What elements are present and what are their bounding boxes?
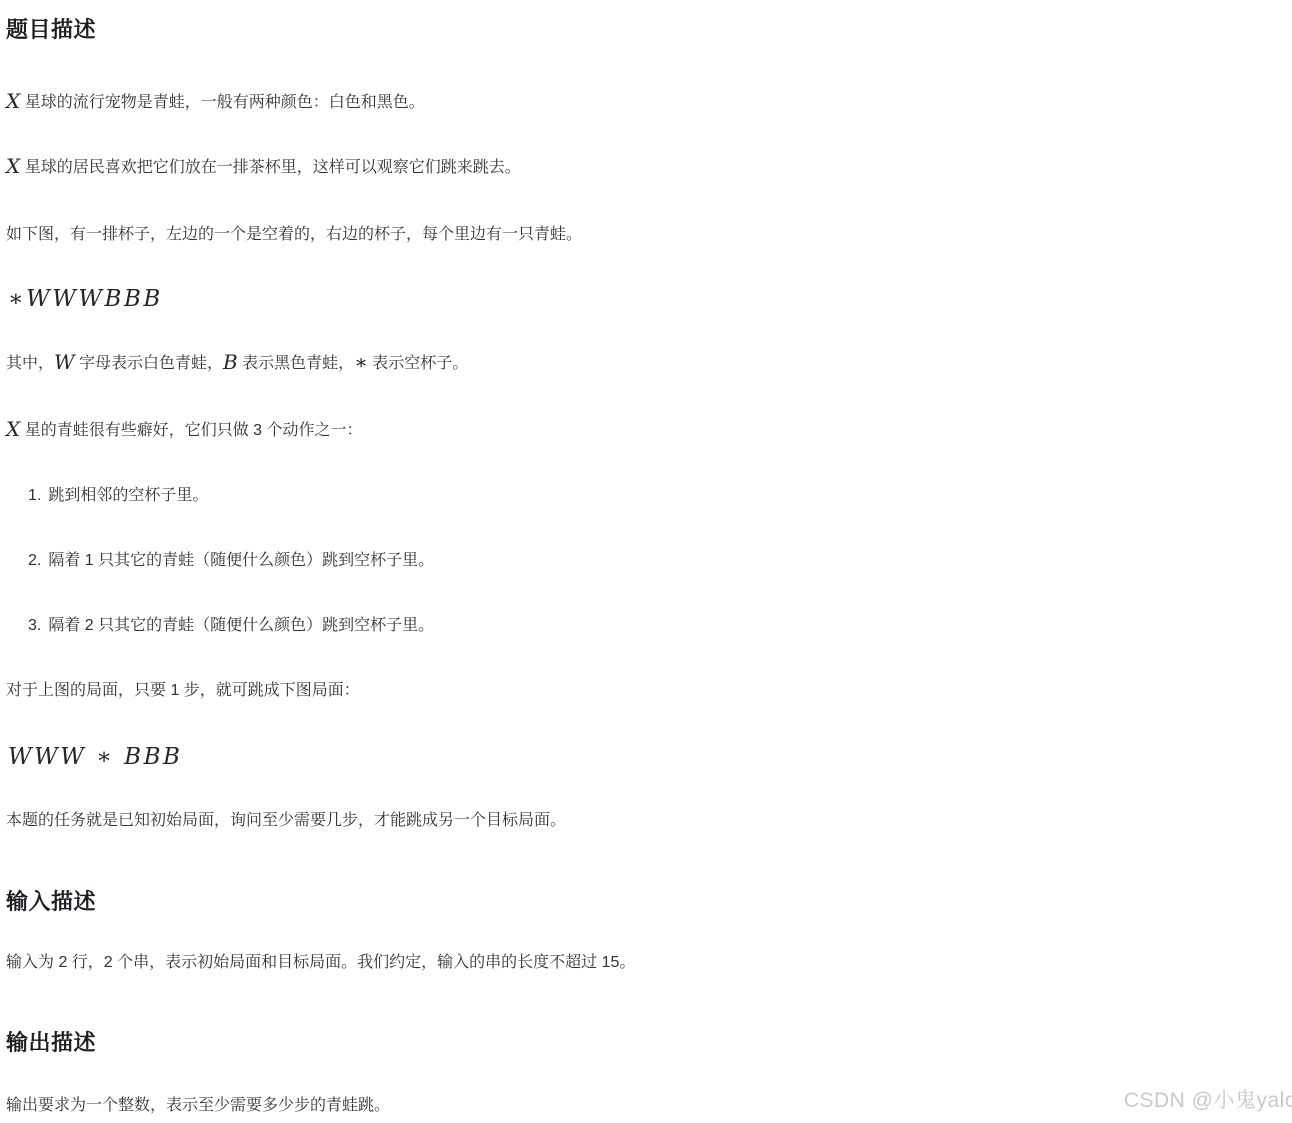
text-run: 星球的居民喜欢把它们放在一排茶杯里，这样可以观察它们跳来跳去。 bbox=[20, 159, 520, 176]
math-target-layout: WWW ∗ BBB bbox=[6, 741, 1268, 773]
inline-math-symbol: X bbox=[6, 417, 20, 441]
csdn-watermark: CSDN @小鬼yalo bbox=[1124, 1089, 1292, 1113]
inline-math-symbol: X bbox=[6, 154, 20, 178]
text-run: 输入为 2 行，2 个串，表示初始局面和目标局面。我们约定，输入的串的长度不超过… bbox=[6, 954, 635, 971]
list-item-text: 隔着 2 只其它的青蛙（随便什么颜色）跳到空杯子里。 bbox=[48, 613, 434, 639]
section-heading-output-description: 输出描述 bbox=[6, 1028, 1268, 1058]
list-marker: 2. bbox=[28, 548, 41, 574]
list-item-action-3: 3. 隔着 2 只其它的青蛙（随便什么颜色）跳到空杯子里。 bbox=[6, 613, 1268, 639]
list-item-action-2: 2. 隔着 1 只其它的青蛙（随便什么颜色）跳到空杯子里。 bbox=[6, 548, 1268, 574]
paragraph-figure-intro: 如下图，有一排杯子，左边的一个是空着的，右边的杯子，每个里边有一只青蛙。 bbox=[6, 222, 1268, 248]
text-run: 其中， bbox=[6, 355, 54, 372]
math-initial-layout: ∗WWWBBB bbox=[6, 283, 1268, 315]
paragraph-symbols-legend: 其中，W 字母表示白色青蛙，B 表示黑色青蛙，∗ 表示空杯子。 bbox=[6, 351, 1268, 377]
paragraph-task: 本题的任务就是已知初始局面，询问至少需要几步，才能跳成另一个目标局面。 bbox=[6, 808, 1268, 834]
text-run: 字母表示白色青蛙， bbox=[75, 355, 223, 372]
list-item-action-1: 1. 跳到相邻的空杯子里。 bbox=[6, 483, 1268, 509]
list-item-text: 跳到相邻的空杯子里。 bbox=[48, 483, 208, 509]
text-run: 星球的流行宠物是青蛙，一般有两种颜色：白色和黑色。 bbox=[20, 94, 424, 111]
paragraph-frog-habits: X 星的青蛙很有些癖好，它们只做 3 个动作之一： bbox=[6, 418, 1268, 444]
text-run: 输出要求为一个整数，表示至少需要多少步的青蛙跳。 bbox=[6, 1097, 390, 1114]
inline-math-symbol: B bbox=[223, 350, 238, 374]
list-item-text: 隔着 1 只其它的青蛙（随便什么颜色）跳到空杯子里。 bbox=[48, 548, 434, 574]
paragraph-output-spec: 输出要求为一个整数，表示至少需要多少步的青蛙跳。 bbox=[6, 1093, 1268, 1119]
paragraph-cups-intro: X 星球的居民喜欢把它们放在一排茶杯里，这样可以观察它们跳来跳去。 bbox=[6, 155, 1268, 181]
text-run: 星的青蛙很有些癖好，它们只做 3 个动作之一： bbox=[20, 422, 362, 439]
text-run: 表示空杯子。 bbox=[368, 355, 468, 372]
inline-math-symbol: W bbox=[54, 350, 75, 374]
inline-math-symbol: X bbox=[6, 89, 20, 113]
list-marker: 1. bbox=[28, 483, 41, 509]
section-heading-problem-description: 题目描述 bbox=[6, 15, 1268, 45]
list-marker: 3. bbox=[28, 613, 41, 639]
text-run: 表示黑色青蛙， bbox=[238, 355, 354, 372]
article-content: 题目描述 X 星球的流行宠物是青蛙，一般有两种颜色：白色和黑色。 X 星球的居民… bbox=[0, 0, 1292, 1119]
text-run: 本题的任务就是已知初始局面，询问至少需要几步，才能跳成另一个目标局面。 bbox=[6, 812, 566, 829]
paragraph-pet-intro: X 星球的流行宠物是青蛙，一般有两种颜色：白色和黑色。 bbox=[6, 90, 1268, 116]
text-run: 如下图，有一排杯子，左边的一个是空着的，右边的杯子，每个里边有一只青蛙。 bbox=[6, 226, 582, 243]
section-heading-input-description: 输入描述 bbox=[6, 887, 1268, 917]
paragraph-one-step: 对于上图的局面，只要 1 步，就可跳成下图局面： bbox=[6, 678, 1268, 704]
inline-math-symbol: ∗ bbox=[354, 350, 368, 374]
paragraph-input-spec: 输入为 2 行，2 个串，表示初始局面和目标局面。我们约定，输入的串的长度不超过… bbox=[6, 950, 1268, 976]
text-run: 对于上图的局面，只要 1 步，就可跳成下图局面： bbox=[6, 682, 360, 699]
